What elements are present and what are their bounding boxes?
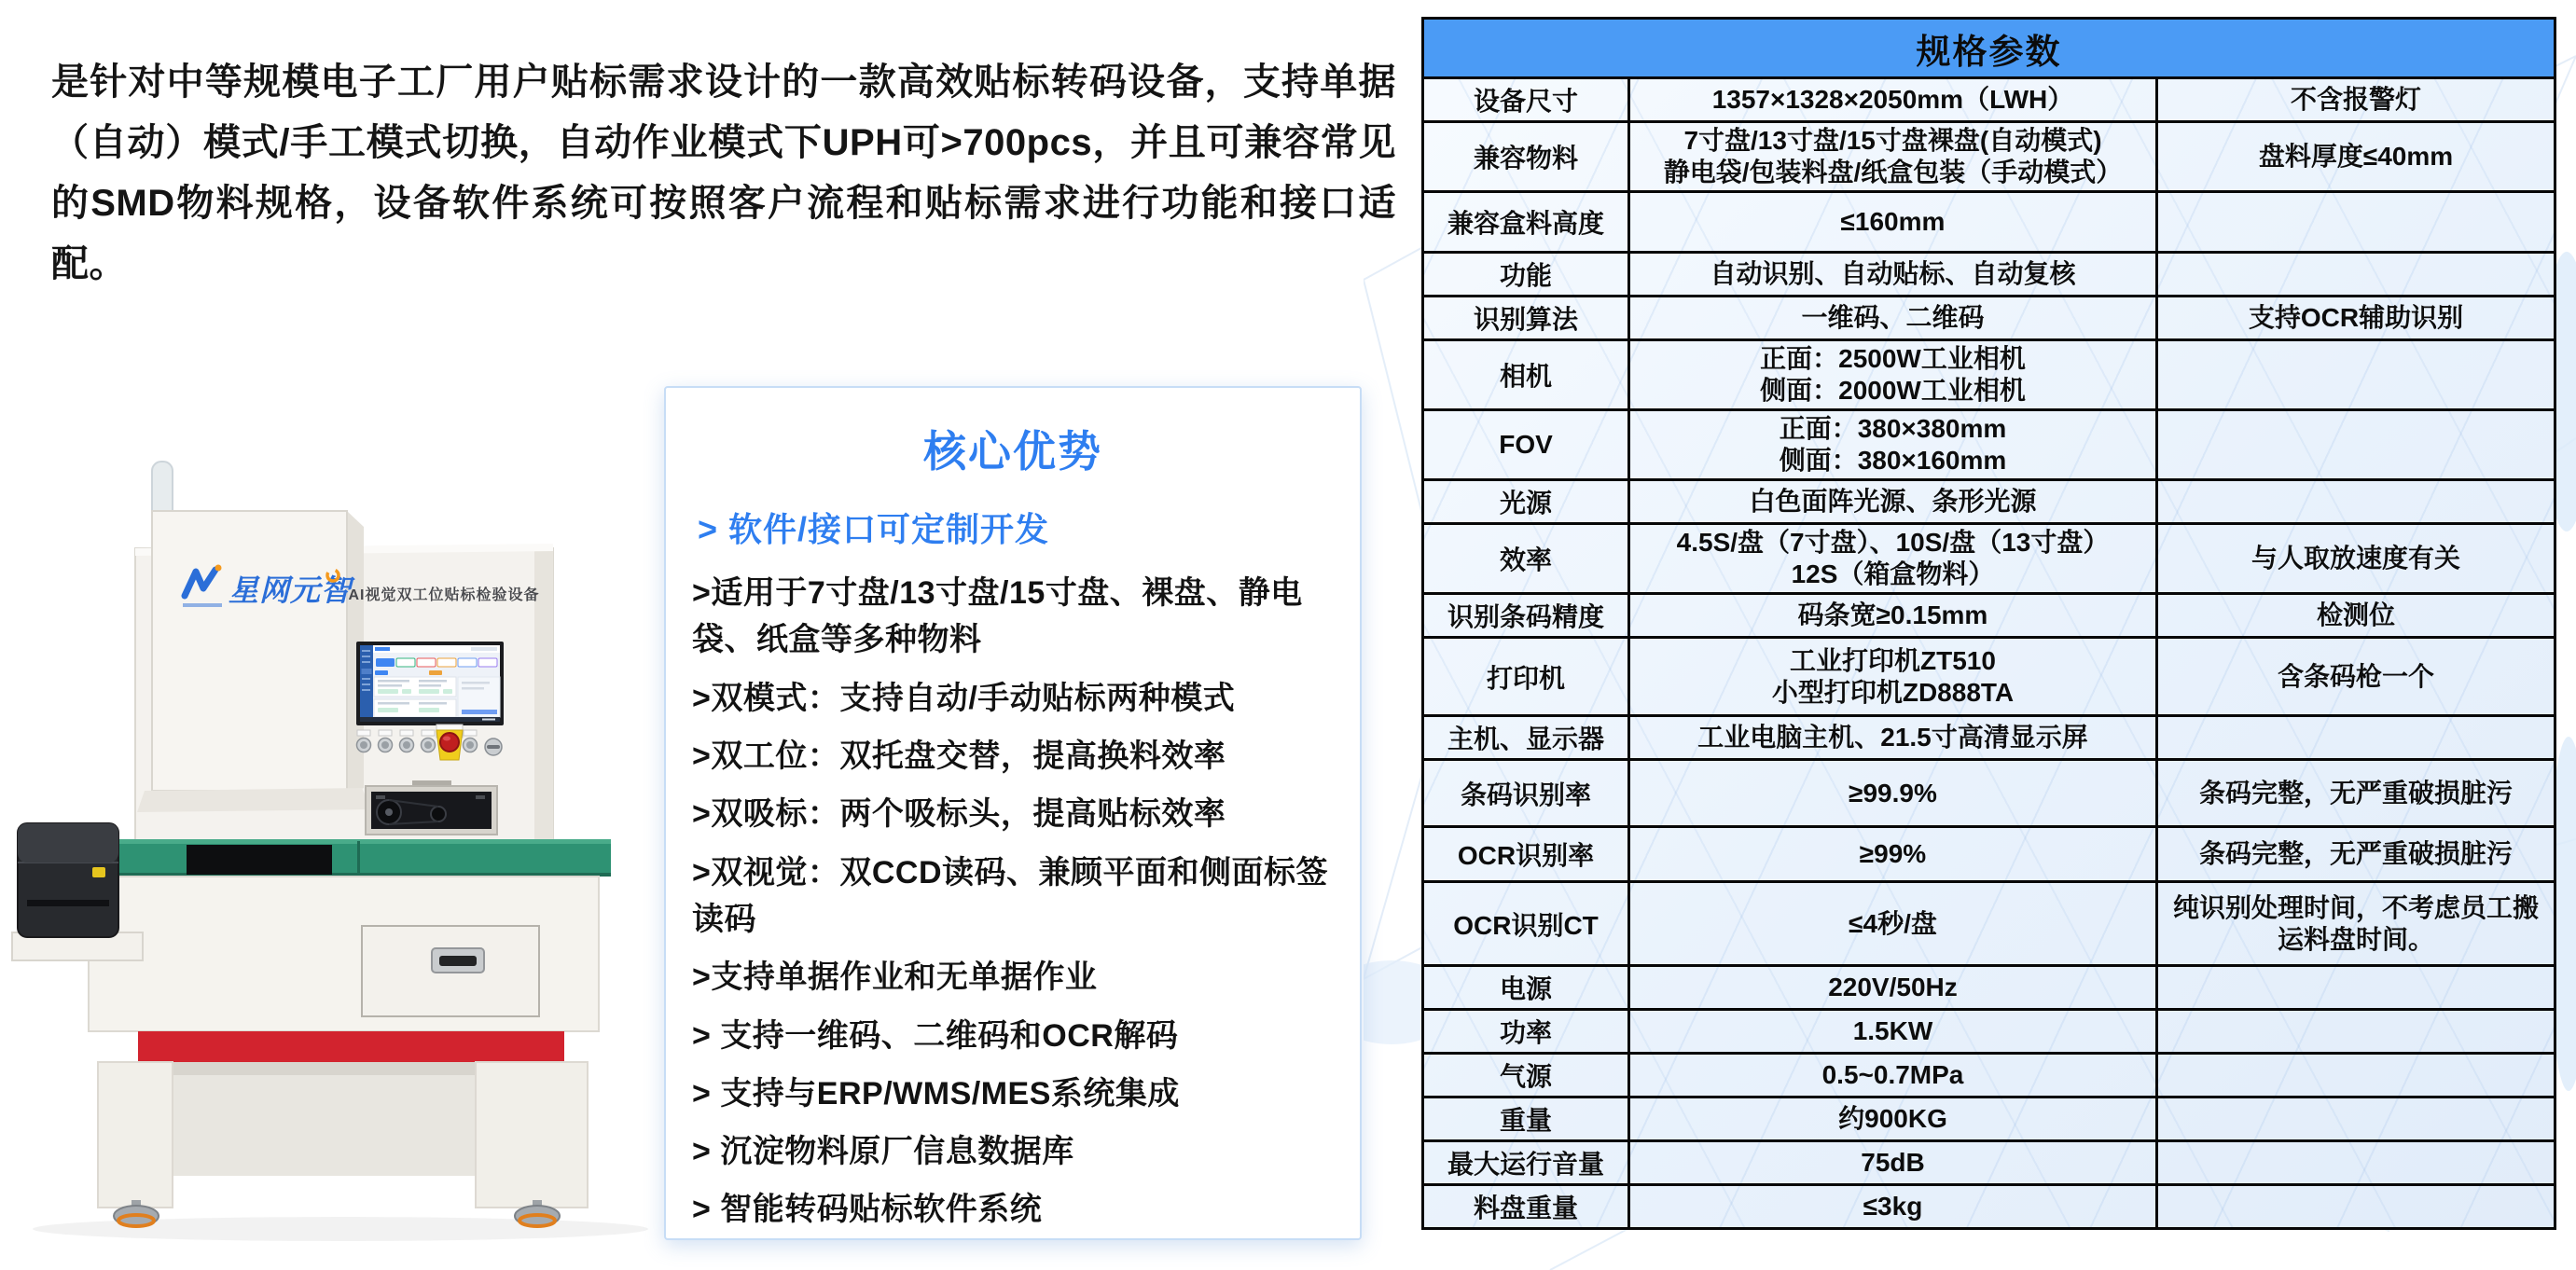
spec-row: OCR识别CT≤4秒/盘纯识别处理时间，不考虑员工搬运料盘时间。 xyxy=(1423,882,2555,966)
spec-row: FOV正面：380×380mm 侧面：380×160mm xyxy=(1423,410,2555,480)
spec-row: 最大运行音量75dB xyxy=(1423,1141,2555,1185)
emergency-stop-button xyxy=(436,725,463,760)
spec-row: 识别算法一维码、二维码支持OCR辅助识别 xyxy=(1423,297,2555,340)
spec-value-cell: 正面：2500W工业相机 侧面：2000W工业相机 xyxy=(1629,340,2157,410)
spec-value-cell: 220V/50Hz xyxy=(1629,966,2157,1010)
advantage-item: >适用于7寸盘/13寸盘/15寸盘、裸盘、静电袋、纸盒等多种物料 xyxy=(692,570,1332,664)
spec-note-cell: 盘料厚度≤40mm xyxy=(2157,122,2555,192)
spec-label-cell: OCR识别率 xyxy=(1423,827,1629,882)
spec-row: 光源白色面阵光源、条形光源 xyxy=(1423,480,2555,524)
advantage-item: > 沉淀物料原厂信息数据库 xyxy=(692,1128,1332,1175)
spec-value-cell: ≥99.9% xyxy=(1629,760,2157,827)
spec-value-cell: 7寸盘/13寸盘/15寸盘裸盘(自动模式) 静电袋/包装料盘/纸盒包装（手动模式… xyxy=(1629,122,2157,192)
machine-legs xyxy=(98,1062,588,1226)
spec-label-cell: 最大运行音量 xyxy=(1423,1141,1629,1185)
machine-photo: 星网元智 AI视觉双工位贴标检验设备 xyxy=(5,396,667,1254)
spec-value-cell: 0.5~0.7MPa xyxy=(1629,1054,2157,1097)
spec-table: 规格参数 设备尺寸1357×1328×2050mm（LWH）不含报警灯兼容物料7… xyxy=(1421,17,2556,1230)
spec-label-cell: FOV xyxy=(1423,410,1629,480)
spec-label-cell: 功能 xyxy=(1423,253,1629,297)
spec-label-cell: 相机 xyxy=(1423,340,1629,410)
advantage-list: >适用于7寸盘/13寸盘/15寸盘、裸盘、静电袋、纸盒等多种物料>双模式：支持自… xyxy=(692,570,1332,1234)
spec-row: 兼容物料7寸盘/13寸盘/15寸盘裸盘(自动模式) 静电袋/包装料盘/纸盒包装（… xyxy=(1423,122,2555,192)
spec-value-cell: 1.5KW xyxy=(1629,1010,2157,1054)
spec-note-cell: 条码完整，无严重破损脏污 xyxy=(2157,827,2555,882)
spec-value-cell: ≤4秒/盘 xyxy=(1629,882,2157,966)
advantage-item: > 智能转码贴标软件系统 xyxy=(692,1186,1332,1233)
spec-label-cell: 重量 xyxy=(1423,1097,1629,1141)
spec-row: 重量约900KG xyxy=(1423,1097,2555,1141)
spec-row: 打印机工业打印机ZT510 小型打印机ZD888TA含条码枪一个 xyxy=(1423,638,2555,716)
spec-label-cell: 气源 xyxy=(1423,1054,1629,1097)
advantages-highlight: > 软件/接口可定制开发 xyxy=(698,504,1360,551)
spec-table-container: 规格参数 设备尺寸1357×1328×2050mm（LWH）不含报警灯兼容物料7… xyxy=(1421,17,2554,1230)
spec-table-body: 设备尺寸1357×1328×2050mm（LWH）不含报警灯兼容物料7寸盘/13… xyxy=(1423,78,2555,1229)
spec-note-cell xyxy=(2157,410,2555,480)
spec-row: 气源0.5~0.7MPa xyxy=(1423,1054,2555,1097)
spec-value-cell: ≤160mm xyxy=(1629,192,2157,253)
spec-label-cell: 设备尺寸 xyxy=(1423,78,1629,122)
advantage-item: >支持单据作业和无单据作业 xyxy=(692,954,1332,1001)
spec-label-cell: 兼容盒料高度 xyxy=(1423,192,1629,253)
spec-note-cell: 不含报警灯 xyxy=(2157,78,2555,122)
spec-row: 功能自动识别、自动贴标、自动复核 xyxy=(1423,253,2555,297)
spec-value-cell: 码条宽≥0.15mm xyxy=(1629,594,2157,638)
spec-row: 相机正面：2500W工业相机 侧面：2000W工业相机 xyxy=(1423,340,2555,410)
spec-note-cell xyxy=(2157,480,2555,524)
spec-note-cell xyxy=(2157,1141,2555,1185)
advantage-item: > 支持一维码、二维码和OCR解码 xyxy=(692,1013,1332,1059)
spec-label-cell: 效率 xyxy=(1423,524,1629,594)
spec-note-cell xyxy=(2157,1010,2555,1054)
spec-label-cell: 兼容物料 xyxy=(1423,122,1629,192)
spec-note-cell xyxy=(2157,253,2555,297)
machine-cabinet xyxy=(89,877,599,1062)
spec-value-cell: 4.5S/盘（7寸盘）、10S/盘（13寸盘） 12S（箱盒物料） xyxy=(1629,524,2157,594)
spec-note-cell xyxy=(2157,966,2555,1010)
spec-row: 电源220V/50Hz xyxy=(1423,966,2555,1010)
spec-row: 功率1.5KW xyxy=(1423,1010,2555,1054)
spec-note-cell: 含条码枪一个 xyxy=(2157,638,2555,716)
spec-label-cell: 识别条码精度 xyxy=(1423,594,1629,638)
spec-row: 条码识别率≥99.9%条码完整，无严重破损脏污 xyxy=(1423,760,2555,827)
spec-value-cell: 工业电脑主机、21.5寸高清显示屏 xyxy=(1629,716,2157,760)
spec-label-cell: 识别算法 xyxy=(1423,297,1629,340)
machine-feeder-box xyxy=(137,511,371,812)
spec-value-cell: 正面：380×380mm 侧面：380×160mm xyxy=(1629,410,2157,480)
advantage-item: >双工位：双托盘交替，提高换料效率 xyxy=(692,733,1332,780)
spec-value-cell: 75dB xyxy=(1629,1141,2157,1185)
spec-note-cell xyxy=(2157,192,2555,253)
spec-label-cell: 电源 xyxy=(1423,966,1629,1010)
spec-label-cell: 条码识别率 xyxy=(1423,760,1629,827)
spec-value-cell: ≥99% xyxy=(1629,827,2157,882)
spec-row: OCR识别率≥99%条码完整，无严重破损脏污 xyxy=(1423,827,2555,882)
spec-note-cell xyxy=(2157,340,2555,410)
spec-row: 料盘重量≤3kg xyxy=(1423,1185,2555,1229)
spec-value-cell: 1357×1328×2050mm（LWH） xyxy=(1629,78,2157,122)
key-switch xyxy=(485,739,502,755)
advantage-item: >双吸标：两个吸标头，提高贴标效率 xyxy=(692,791,1332,837)
spec-header-row: 规格参数 xyxy=(1423,19,2555,78)
spec-row: 设备尺寸1357×1328×2050mm（LWH）不含报警灯 xyxy=(1423,78,2555,122)
spec-note-cell: 检测位 xyxy=(2157,594,2555,638)
spec-row: 主机、显示器工业电脑主机、21.5寸高清显示屏 xyxy=(1423,716,2555,760)
machine-screen xyxy=(356,642,504,725)
spec-value-cell: 一维码、二维码 xyxy=(1629,297,2157,340)
spec-note-cell xyxy=(2157,1054,2555,1097)
advantage-item: >双视觉：双CCD读码、兼顾平面和侧面标签读码 xyxy=(692,849,1332,944)
advantages-card: 核心优势 > 软件/接口可定制开发 >适用于7寸盘/13寸盘/15寸盘、裸盘、静… xyxy=(664,386,1362,1240)
spec-row: 效率4.5S/盘（7寸盘）、10S/盘（13寸盘） 12S（箱盒物料）与人取放速… xyxy=(1423,524,2555,594)
advantages-title: 核心优势 xyxy=(666,418,1360,479)
spec-value-cell: 约900KG xyxy=(1629,1097,2157,1141)
spec-value-cell: 工业打印机ZT510 小型打印机ZD888TA xyxy=(1629,638,2157,716)
spec-row: 兼容盒料高度≤160mm xyxy=(1423,192,2555,253)
spec-table-title: 规格参数 xyxy=(1423,19,2555,78)
red-stripe xyxy=(138,1031,564,1062)
advantage-item: >双模式：支持自动/手动贴标两种模式 xyxy=(692,675,1332,722)
spec-note-cell: 条码完整，无严重破损脏污 xyxy=(2157,760,2555,827)
spec-note-cell: 纯识别处理时间，不考虑员工搬运料盘时间。 xyxy=(2157,882,2555,966)
spec-value-cell: 白色面阵光源、条形光源 xyxy=(1629,480,2157,524)
advantage-item: > 支持与ERP/WMS/MES系统集成 xyxy=(692,1070,1332,1117)
spec-note-cell xyxy=(2157,716,2555,760)
machine-drawer xyxy=(362,926,539,1016)
spec-row: 识别条码精度码条宽≥0.15mm检测位 xyxy=(1423,594,2555,638)
spec-label-cell: 主机、显示器 xyxy=(1423,716,1629,760)
spec-note-cell: 支持OCR辅助识别 xyxy=(2157,297,2555,340)
spec-value-cell: 自动识别、自动贴标、自动复核 xyxy=(1629,253,2157,297)
label-applicator-window xyxy=(366,780,497,835)
spec-label-cell: OCR识别CT xyxy=(1423,882,1629,966)
spec-label-cell: 功率 xyxy=(1423,1010,1629,1054)
spec-label-cell: 打印机 xyxy=(1423,638,1629,716)
intro-paragraph: 是针对中等规模电子工厂用户贴标需求设计的一款高效贴标转码设备，支持单据（自动）模… xyxy=(51,52,1396,295)
spec-note-cell: 与人取放速度有关 xyxy=(2157,524,2555,594)
machine-model-label: AI视觉双工位贴标检验设备 xyxy=(348,586,539,603)
spec-note-cell xyxy=(2157,1097,2555,1141)
tray-opening xyxy=(187,845,332,875)
spec-value-cell: ≤3kg xyxy=(1629,1185,2157,1229)
spec-label-cell: 光源 xyxy=(1423,480,1629,524)
spec-note-cell xyxy=(2157,1185,2555,1229)
spec-label-cell: 料盘重量 xyxy=(1423,1185,1629,1229)
